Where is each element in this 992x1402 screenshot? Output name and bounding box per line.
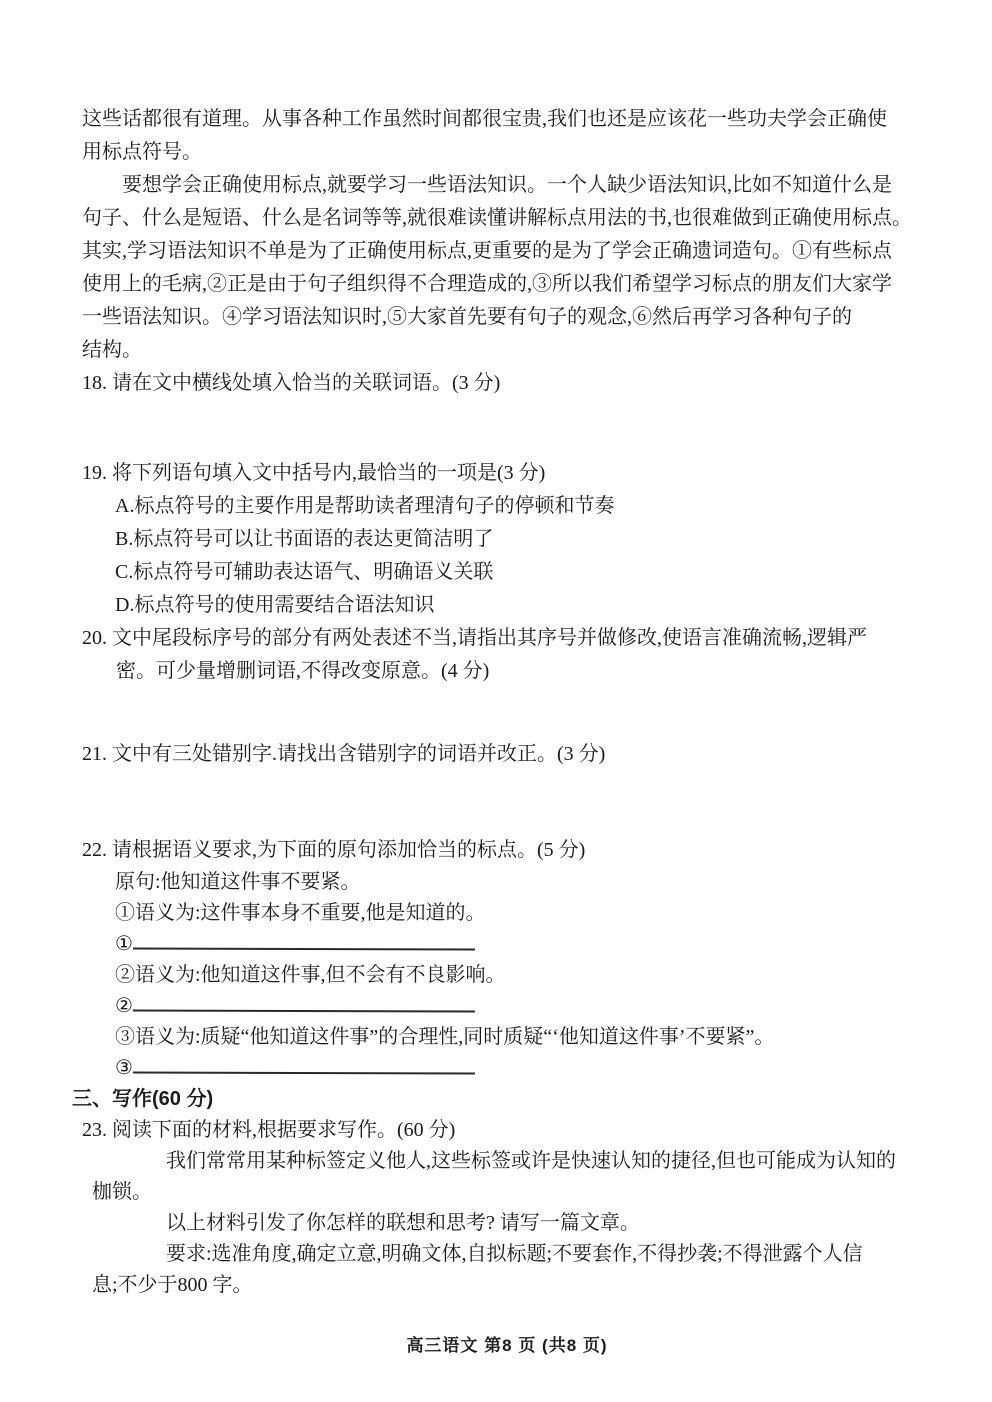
answer-blank-3-label: ③ xyxy=(115,1057,133,1079)
answer-blank-1: ① xyxy=(115,929,932,960)
question-22: 22.请根据语义要求,为下面的原句添加恰当的标点。(5 分) xyxy=(82,834,932,867)
answer-blank-2-label: ② xyxy=(115,995,133,1017)
question-23-requirements-line2: 息;不少于800 字。 xyxy=(92,1270,932,1301)
question-21-number: 21. xyxy=(82,743,107,765)
answer-space xyxy=(82,400,932,457)
question-18-number: 18. xyxy=(82,372,107,394)
section-3-heading: 三、写作(60 分) xyxy=(72,1084,932,1115)
question-23: 23.阅读下面的材料,根据要求写作。(60 分) xyxy=(82,1115,932,1146)
answer-blank-1-line xyxy=(133,929,475,951)
passage-line: 句子、什么是短语、什么是名词等等,就很难读懂讲解标点用法的书,也很难做到正确使用… xyxy=(82,202,932,235)
question-21-text: 文中有三处错别字.请找出含错别字的词语并改正。(3 分) xyxy=(112,743,605,765)
passage-line: 结构。 xyxy=(82,334,932,367)
question-19-number: 19. xyxy=(82,462,107,484)
question-20-text-line1: 文中尾段标序号的部分有两处表述不当,请指出其序号并做修改,使语言准确流畅,逻辑严 xyxy=(112,627,867,649)
question-22-sense-2: ②语义为:他知道这件事,但不会有不良影响。 xyxy=(115,960,932,991)
question-22-sense-1: ①语义为:这件事本身不重要,他是知道的。 xyxy=(115,898,932,929)
question-22-sense-3: ③语义为:质疑“他知道这件事”的合理性,同时质疑“‘他知道这件事’不要紧”。 xyxy=(115,1022,932,1053)
passage-line: 要想学会正确使用标点,就要学习一些语法知识。一个人缺少语法知识,比如不知道什么是 xyxy=(82,169,932,202)
answer-blank-2-line xyxy=(133,991,475,1013)
question-21: 21.文中有三处错别字.请找出含错别字的词语并改正。(3 分) xyxy=(82,738,932,771)
question-23-text: 阅读下面的材料,根据要求写作。(60 分) xyxy=(112,1119,455,1141)
question-19: 19.将下列语句填入文中括号内,最恰当的一项是(3 分) xyxy=(82,457,932,490)
answer-blank-3: ③ xyxy=(115,1053,932,1084)
answer-blank-2: ② xyxy=(115,991,932,1022)
answer-space xyxy=(82,688,932,738)
passage-line: 使用上的毛病,②正是由于句子组织得不合理造成的,③所以我们希望学习标点的朋友们大… xyxy=(82,268,932,301)
question-23-number: 23. xyxy=(82,1119,107,1141)
answer-space xyxy=(82,771,932,834)
passage-line: 其实,学习语法知识不单是为了正确使用标点,更重要的是为了学会正确遗词造句。①有些… xyxy=(82,235,932,268)
page-footer: 高三语文 第8 页 (共8 页) xyxy=(82,1331,932,1356)
question-20: 20.文中尾段标序号的部分有两处表述不当,请指出其序号并做修改,使语言准确流畅,… xyxy=(82,622,932,655)
exam-page: 这些话都很有道理。从事各种工作虽然时间都很宝贵,我们也还是应该花一些功夫学会正确… xyxy=(0,0,992,1356)
question-20-number: 20. xyxy=(82,627,107,649)
question-23-material-line2: 枷锁。 xyxy=(92,1177,932,1208)
question-22-number: 22. xyxy=(82,839,107,861)
question-18: 18.请在文中横线处填入恰当的关联词语。(3 分) xyxy=(82,367,932,400)
question-23-material-line1: 我们常常用某种标签定义他人,这些标签或许是快速认知的捷径,但也可能成为认知的 xyxy=(166,1146,932,1177)
passage-line: 用标点符号。 xyxy=(82,136,932,169)
option-d: D.标点符号的使用需要结合语法知识 xyxy=(115,589,932,622)
question-22-text: 请根据语义要求,为下面的原句添加恰当的标点。(5 分) xyxy=(112,839,585,861)
question-22-original-sentence: 原句:他知道这件事不要紧。 xyxy=(115,867,932,898)
option-c: C.标点符号可辅助表达语气、明确语义关联 xyxy=(115,556,932,589)
question-18-text: 请在文中横线处填入恰当的关联词语。(3 分) xyxy=(112,372,500,394)
answer-blank-3-line xyxy=(133,1053,475,1075)
option-b: B.标点符号可以让书面语的表达更简洁明了 xyxy=(115,523,932,556)
question-19-text: 将下列语句填入文中括号内,最恰当的一项是(3 分) xyxy=(112,462,545,484)
question-20-text-line2: 密。可少量增删词语,不得改变原意。(4 分) xyxy=(116,655,932,688)
passage-line: 这些话都很有道理。从事各种工作虽然时间都很宝贵,我们也还是应该花一些功夫学会正确… xyxy=(82,103,932,136)
answer-blank-1-label: ① xyxy=(115,933,133,955)
question-23-prompt: 以上材料引发了你怎样的联想和思考? 请写一篇文章。 xyxy=(166,1208,932,1239)
question-23-requirements-line1: 要求:选准角度,确定立意,明确文体,自拟标题;不要套作,不得抄袭;不得泄露个人信 xyxy=(166,1239,932,1270)
passage-line: 一些语法知识。④学习语法知识时,⑤大家首先要有句子的观念,⑥然后再学习各种句子的 xyxy=(82,301,932,334)
option-a: A.标点符号的主要作用是帮助读者理清句子的停顿和节奏 xyxy=(115,490,932,523)
